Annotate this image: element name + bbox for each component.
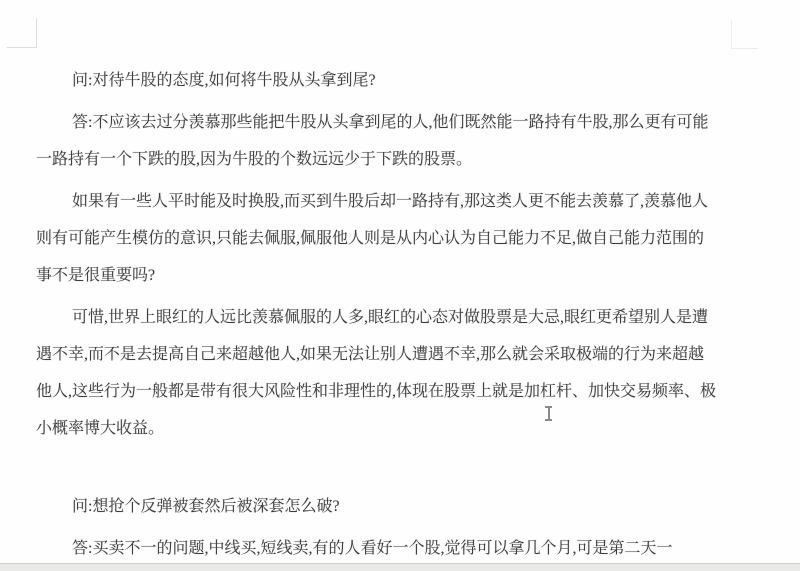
document-line[interactable]: 答:不应该去过分羡慕那些能把牛股从头拿到尾的人,他们既然能一路持有牛股,那么更有… [36,104,742,141]
document-line[interactable]: 他人,这些行为一般都是带有很大风险性和非理性的,体现在股票上就是加杠杆、加快交易… [36,373,742,410]
document-line[interactable]: 小概率博大收益。 [36,410,742,447]
document-line[interactable]: 则有可能产生模仿的意识,只能去佩服,佩服他人则是从内心认为自己能力不足,做自己能… [36,220,742,257]
document-text-area[interactable]: 问:对待牛股的态度,如何将牛股从头拿到尾? 答:不应该去过分羡慕那些能把牛股从头… [36,62,742,571]
document-line[interactable]: 可惜,世界上眼红的人远比羡慕佩服的人多,眼红的心态对做股票是大忌,眼红更希望别人… [36,299,742,336]
document-line[interactable]: 一路持有一个下跌的股,因为牛股的个数远远少于下跌的股票。 [36,141,742,178]
document-page[interactable]: 问:对待牛股的态度,如何将牛股从头拿到尾? 答:不应该去过分羡慕那些能把牛股从头… [0,0,800,571]
text-ibeam-cursor-icon [544,406,553,421]
qa-paragraph-question-1: 问:对待牛股的态度,如何将牛股从头拿到尾? [36,62,742,99]
qa-paragraph-question-2: 问:想抢个反弹被套然后被深套怎么破? [36,488,742,525]
document-line[interactable]: 遇不幸,而不是去提高自己来超越他人,如果无法让别人遭遇不幸,那么就会采取极端的行… [36,336,742,373]
text-boundary-mark-top-right [0,0,800,52]
document-line[interactable]: 事不是很重要吗? [36,257,742,294]
qa-paragraph-answer-1: 答:不应该去过分羡慕那些能把牛股从头拿到尾的人,他们既然能一路持有牛股,那么更有… [36,104,742,178]
document-line[interactable]: 问:对待牛股的态度,如何将牛股从头拿到尾? [36,62,742,99]
document-line[interactable]: 如果有一些人平时能及时换股,而买到牛股后却一路持有,那这类人更不能去羡慕了,羡慕… [36,183,742,220]
bottom-edge-strip [0,563,800,571]
qa-paragraph-answer-1-cont-1: 如果有一些人平时能及时换股,而买到牛股后却一路持有,那这类人更不能去羡慕了,羡慕… [36,183,742,294]
document-line[interactable]: 答:买卖不一的问题,中线买,短线卖,有的人看好一个股,觉得可以拿几个月,可是第二… [36,530,742,567]
qa-paragraph-answer-1-cont-2: 可惜,世界上眼红的人远比羡慕佩服的人多,眼红的心态对做股票是大忌,眼红更希望别人… [36,299,742,447]
document-line[interactable]: 问:想抢个反弹被套然后被深套怎么破? [36,488,742,525]
qa-paragraph-answer-2: 答:买卖不一的问题,中线买,短线卖,有的人看好一个股,觉得可以拿几个月,可是第二… [36,530,742,567]
